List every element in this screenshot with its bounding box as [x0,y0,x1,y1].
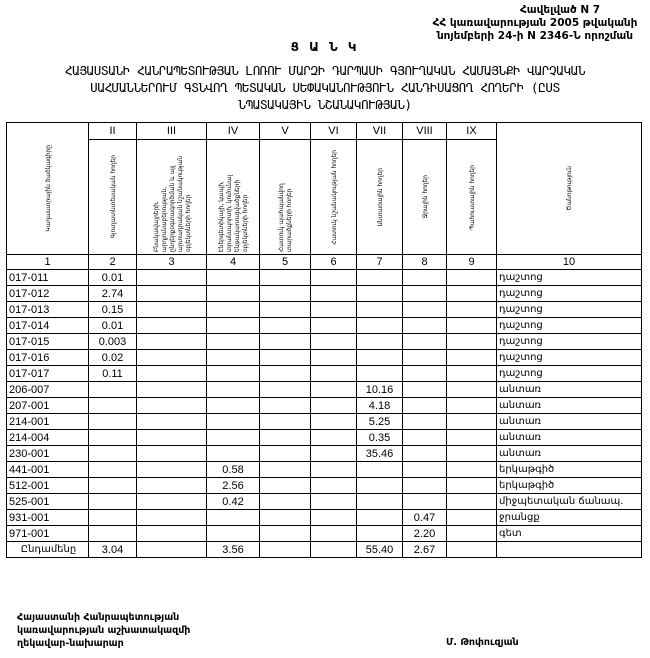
area-value-cell [447,478,497,494]
cadastral-code-cell: 207-001 [7,398,89,414]
column-number: 5 [260,255,311,270]
area-value-cell [403,430,447,446]
note-cell: անտառ [497,414,642,430]
roman-header: VII [357,123,403,140]
area-value-cell [357,366,403,382]
area-value-cell [207,446,260,462]
area-value-cell [260,350,311,366]
area-value-cell: 3.56 [207,542,260,558]
area-value-cell [447,350,497,366]
area-value-cell [207,270,260,286]
area-value-cell [311,430,357,446]
area-value-cell [137,270,207,286]
table-row: 206-00710.16անտառ [7,382,642,398]
area-value-cell [137,398,207,414]
column-number: 6 [311,255,357,270]
area-value-cell [260,414,311,430]
area-value-cell [89,414,137,430]
area-value-cell [447,414,497,430]
area-value-cell: 0.15 [89,302,137,318]
area-value-cell [403,382,447,398]
area-value-cell [207,350,260,366]
note-cell: երկաթգիծ [497,478,642,494]
area-value-cell [260,542,311,558]
signatory-position: Հայաստանի Հանրապետության կառավարության ա… [17,611,190,650]
area-value-cell [137,526,207,542]
table-row: 017-0170.11դաշտոց [7,366,642,382]
cadastral-code-cell: 017-015 [7,334,89,350]
area-value-cell [311,302,357,318]
area-value-cell [137,430,207,446]
area-value-cell [447,430,497,446]
table-row: 214-0015.25անտառ [7,414,642,430]
area-value-cell [403,478,447,494]
area-value-cell: 2.20 [403,526,447,542]
signatory-name: Մ. Թոփուզյան [446,637,519,648]
cadastral-code-cell: 214-004 [7,430,89,446]
cadastral-code-cell: 441-001 [7,462,89,478]
area-value-cell [357,350,403,366]
area-value-cell [207,526,260,542]
table-row: 017-0130.15դաշտոց [7,302,642,318]
area-value-cell: 3.04 [89,542,137,558]
annex-number: Հավելված N 7 [390,4,650,17]
area-value-cell [447,494,497,510]
area-value-cell: 0.47 [403,510,447,526]
area-value-cell [207,510,260,526]
column-header: Ծանոթություն [497,123,642,255]
note-cell: դաշտոց [497,334,642,350]
area-value-cell [403,334,447,350]
roman-header: V [260,123,311,140]
area-value-cell: 0.58 [207,462,260,478]
area-value-cell [207,414,260,430]
area-value-cell [137,334,207,350]
note-cell: դաշտոց [497,318,642,334]
area-value-cell [357,478,403,494]
table-row: 931-0010.47ջրանցք [7,510,642,526]
note-cell: դաշտոց [497,270,642,286]
cadastral-code-cell: 017-011 [7,270,89,286]
area-value-cell [260,398,311,414]
area-value-cell [260,510,311,526]
note-cell: միջպետական ճանապ. [497,494,642,510]
cadastral-code-cell: 971-001 [7,526,89,542]
area-value-cell [207,430,260,446]
total-row: Ընդամենը3.043.5655.402.67 [7,542,642,558]
column-number: 3 [137,255,207,270]
area-value-cell: 0.01 [89,318,137,334]
heading-line: ՆՊԱՏԱԿԱՅԻՆ ՆՇԱՆԱԿՈՒԹՅԱՆ) [0,96,650,113]
column-number: 4 [207,255,260,270]
area-value-cell [311,366,357,382]
area-value-cell [357,318,403,334]
area-value-cell [447,318,497,334]
cadastral-code-cell: 206-007 [7,382,89,398]
area-value-cell [403,462,447,478]
cadastral-code-cell: 017-012 [7,286,89,302]
note-cell: անտառ [497,382,642,398]
area-value-cell [207,366,260,382]
area-value-cell [137,366,207,382]
area-value-cell: 0.11 [89,366,137,382]
table-row: 525-0010.42միջպետական ճանապ. [7,494,642,510]
area-value-cell [311,414,357,430]
area-value-cell [311,542,357,558]
area-value-cell [137,494,207,510]
roman-header: VI [311,123,357,140]
area-value-cell [357,270,403,286]
area-value-cell [137,462,207,478]
area-value-cell [137,542,207,558]
area-value-cell [89,398,137,414]
cadastral-code-cell: 512-001 [7,478,89,494]
area-value-cell [403,414,447,430]
area-value-cell [357,302,403,318]
column-header: Գյուղատնտեսական հողեր [89,140,137,255]
area-value-cell: 0.35 [357,430,403,446]
column-header: Հատուկ նշանակության հողեր [311,140,357,255]
table-row: 230-00135.46անտառ [7,446,642,462]
area-value-cell [260,270,311,286]
area-value-cell [357,526,403,542]
area-value-cell [260,334,311,350]
area-value-cell [447,286,497,302]
area-value-cell [311,382,357,398]
area-value-cell [89,462,137,478]
area-value-cell [137,478,207,494]
signatory-position-line: ղեկավար-նախարար [17,637,190,650]
area-value-cell: 4.18 [357,398,403,414]
area-value-cell [447,526,497,542]
area-value-cell [137,350,207,366]
area-value-cell [207,334,260,350]
area-value-cell [311,462,357,478]
area-value-cell [137,302,207,318]
area-value-cell [137,414,207,430]
area-value-cell [89,478,137,494]
area-value-cell [311,334,357,350]
area-value-cell [447,382,497,398]
area-value-cell [89,494,137,510]
roman-header: IX [447,123,497,140]
cadastral-code-cell: 017-014 [7,318,89,334]
cadastral-code-cell: 017-017 [7,366,89,382]
column-number: 9 [447,255,497,270]
area-value-cell [89,382,137,398]
area-value-cell [311,510,357,526]
table-row: 971-0012.20գետ [7,526,642,542]
column-header: Պահուստային հողեր [447,140,497,255]
area-value-cell [260,430,311,446]
area-value-cell [447,398,497,414]
area-value-cell [403,286,447,302]
area-value-cell [311,270,357,286]
note-cell: դաշտոց [497,286,642,302]
cadastral-code-cell: 017-016 [7,350,89,366]
area-value-cell [447,334,497,350]
roman-header: VIII [403,123,447,140]
area-value-cell [447,270,497,286]
column-number: 8 [403,255,447,270]
note-cell: անտառ [497,430,642,446]
area-value-cell [311,446,357,462]
area-value-cell [89,510,137,526]
note-cell: ջրանցք [497,510,642,526]
area-value-cell: 5.25 [357,414,403,430]
area-value-cell: 35.46 [357,446,403,462]
column-number: 2 [89,255,137,270]
area-value-cell [137,318,207,334]
table-row: 017-0160.02դաշտոց [7,350,642,366]
area-value-cell [89,430,137,446]
annex-decision-line: ՀՀ կառավարության 2005 թվականի [390,17,650,30]
area-value-cell [403,270,447,286]
area-value-cell: 2.67 [403,542,447,558]
cadastral-code-cell: 017-013 [7,302,89,318]
cadastral-code-cell: Ընդամենը [7,542,89,558]
area-value-cell: 2.74 [89,286,137,302]
area-value-cell: 2.56 [207,478,260,494]
note-cell: անտառ [497,398,642,414]
signatory-position-line: Հայաստանի Հանրապետության [17,611,190,624]
note-cell [497,542,642,558]
note-cell: երկաթգիծ [497,462,642,478]
area-value-cell [207,286,260,302]
note-cell: գետ [497,526,642,542]
area-value-cell [260,526,311,542]
area-value-cell [357,334,403,350]
area-value-cell [403,350,447,366]
area-value-cell: 0.02 [89,350,137,366]
roman-header: II [89,123,137,140]
area-value-cell [89,526,137,542]
table-row: 512-0012.56երկաթգիծ [7,478,642,494]
area-value-cell [403,398,447,414]
area-value-cell [447,446,497,462]
area-value-cell [260,318,311,334]
area-value-cell [403,366,447,382]
area-value-cell [311,398,357,414]
table-row: 017-0140.01դաշտոց [7,318,642,334]
area-value-cell [207,382,260,398]
roman-header-row: Կադաստրային ծածկագիրը II III IV V VI VII… [7,123,642,140]
document-title: Ց Ա Ն Կ [0,40,650,54]
table-row: 017-0122.74դաշտոց [7,286,642,302]
area-value-cell [403,446,447,462]
table-row: 017-0110.01դաշտոց [7,270,642,286]
area-value-cell: 0.42 [207,494,260,510]
note-cell: դաշտոց [497,366,642,382]
cadastral-code-cell: 525-001 [7,494,89,510]
area-value-cell: 55.40 [357,542,403,558]
area-value-cell: 10.16 [357,382,403,398]
area-value-cell [260,446,311,462]
column-header: Ջրային հողեր [403,140,447,255]
area-value-cell [311,494,357,510]
area-value-cell: 0.003 [89,334,137,350]
area-value-cell [207,398,260,414]
area-value-cell [311,350,357,366]
area-value-cell [447,462,497,478]
area-value-cell [447,366,497,382]
area-value-cell [137,382,207,398]
area-value-cell [207,318,260,334]
column-number: 10 [497,255,642,270]
area-value-cell [207,302,260,318]
area-value-cell [137,510,207,526]
area-value-cell [311,318,357,334]
column-number: 1 [7,255,89,270]
area-value-cell [447,302,497,318]
note-cell: դաշտոց [497,302,642,318]
column-header: Էներգետիկայի, կապի, տրանսպորտի, կոմունալ… [207,140,260,255]
document-heading: ՀԱՅԱՍՏԱՆԻ ՀԱՆՐԱՊԵՏՈՒԹՅԱՆ ԼՈՌՈՒ ՄԱՐԶԻ ԴԱՐ… [0,62,650,113]
area-value-cell [260,302,311,318]
area-value-cell [311,478,357,494]
column-header: Անտառային հողեր [357,140,403,255]
area-value-cell [311,526,357,542]
area-value-cell [260,286,311,302]
area-value-cell [403,318,447,334]
area-value-cell [357,494,403,510]
column-header: Կադաստրային ծածկագիրը [7,123,89,255]
table-row: 441-0010.58երկաթգիծ [7,462,642,478]
land-table: Կադաստրային ծածկագիրը II III IV V VI VII… [6,122,642,558]
heading-line: ՀԱՅԱՍՏԱՆԻ ՀԱՆՐԱՊԵՏՈՒԹՅԱՆ ԼՈՌՈՒ ՄԱՐԶԻ ԴԱՐ… [0,62,650,79]
table-row: 017-0150.003դաշտոց [7,334,642,350]
area-value-cell [447,542,497,558]
cadastral-code-cell: 230-001 [7,446,89,462]
area-value-cell [137,286,207,302]
column-header: Բնակավայրերի, արդյունաբերության, ընդերքօ… [137,140,207,255]
area-value-cell [137,446,207,462]
note-cell: դաշտոց [497,350,642,366]
cadastral-code-cell: 214-001 [7,414,89,430]
signatory-position-line: կառավարության աշխատակազմի [17,624,190,637]
table-row: 214-0040.35անտառ [7,430,642,446]
heading-line: ՍԱՀՄԱՆՆԵՐՈՒՄ ԳՏՆՎՈՂ ՊԵՏԱԿԱՆ ՍԵՓԱԿԱՆՈՒԹՅՈ… [0,79,650,96]
area-value-cell [260,462,311,478]
area-value-cell [260,366,311,382]
area-value-cell [447,510,497,526]
area-value-cell: 0.01 [89,270,137,286]
note-cell: անտառ [497,446,642,462]
area-value-cell [89,446,137,462]
cadastral-code-cell: 931-001 [7,510,89,526]
area-value-cell [260,478,311,494]
annex-reference: Հավելված N 7 ՀՀ կառավարության 2005 թվակա… [390,4,650,43]
area-value-cell [357,286,403,302]
column-header: Հատուկ պահպանվող տարածքների հողեր [260,140,311,255]
area-value-cell [357,462,403,478]
table-row: 207-0014.18անտառ [7,398,642,414]
column-number-row: 1 2 3 4 5 6 7 8 9 10 [7,255,642,270]
area-value-cell [260,382,311,398]
area-value-cell [403,302,447,318]
roman-header: III [137,123,207,140]
area-value-cell [403,494,447,510]
area-value-cell [260,494,311,510]
area-value-cell [357,510,403,526]
roman-header: IV [207,123,260,140]
area-value-cell [311,286,357,302]
column-number: 7 [357,255,403,270]
